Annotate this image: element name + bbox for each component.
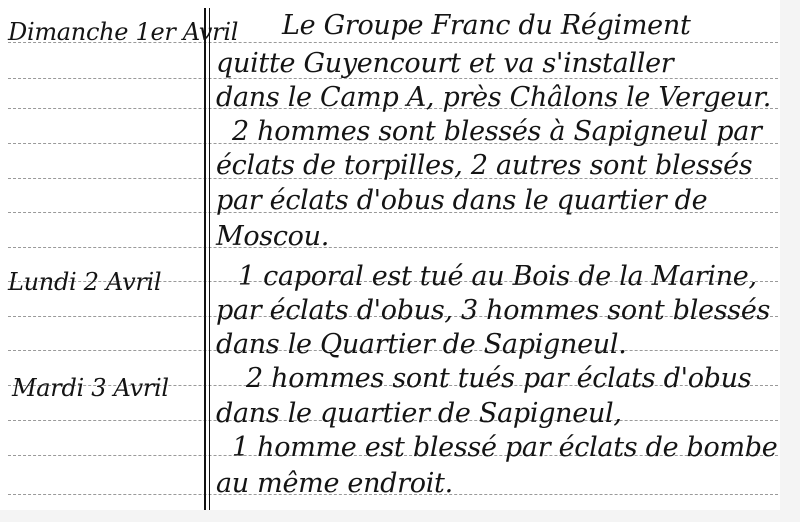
margin-line (204, 8, 206, 510)
entry-line: par éclats d'obus dans le quartier de (216, 187, 707, 214)
entry-line: éclats de torpilles, 2 autres sont bless… (216, 152, 752, 179)
entry-line: 1 homme est blessé par éclats de bombe (232, 434, 777, 461)
entry-line: dans le quartier de Sapigneul, (216, 400, 622, 427)
entry-line: 1 caporal est tué au Bois de la Marine, (238, 263, 757, 290)
entry-line: 2 hommes sont tués par éclats d'obus (246, 365, 751, 392)
entry-line: par éclats d'obus, 3 hommes sont blessés (216, 297, 770, 324)
scan-border (0, 510, 800, 522)
scan-border (780, 0, 800, 522)
entry-date: Mardi 3 Avril (12, 376, 169, 400)
entry-line: Le Groupe Franc du Régiment (282, 12, 691, 39)
entry-date: Lundi 2 Avril (8, 270, 161, 294)
diary-page: Dimanche 1er Avril Lundi 2 Avril Mardi 3… (0, 0, 780, 510)
entry-line: 2 hommes sont blessés à Sapigneul par (232, 118, 762, 145)
ruled-line (8, 247, 778, 248)
entry-line: dans le Camp A, près Châlons le Vergeur. (216, 84, 771, 111)
entry-date: Dimanche 1er Avril (8, 20, 238, 44)
entry-line: Moscou. (216, 223, 329, 250)
margin-line (209, 8, 210, 510)
entry-line: dans le Quartier de Sapigneul. (216, 331, 627, 358)
entry-line: au même endroit. (216, 470, 453, 497)
entry-line: quitte Guyencourt et va s'installer (216, 50, 673, 77)
